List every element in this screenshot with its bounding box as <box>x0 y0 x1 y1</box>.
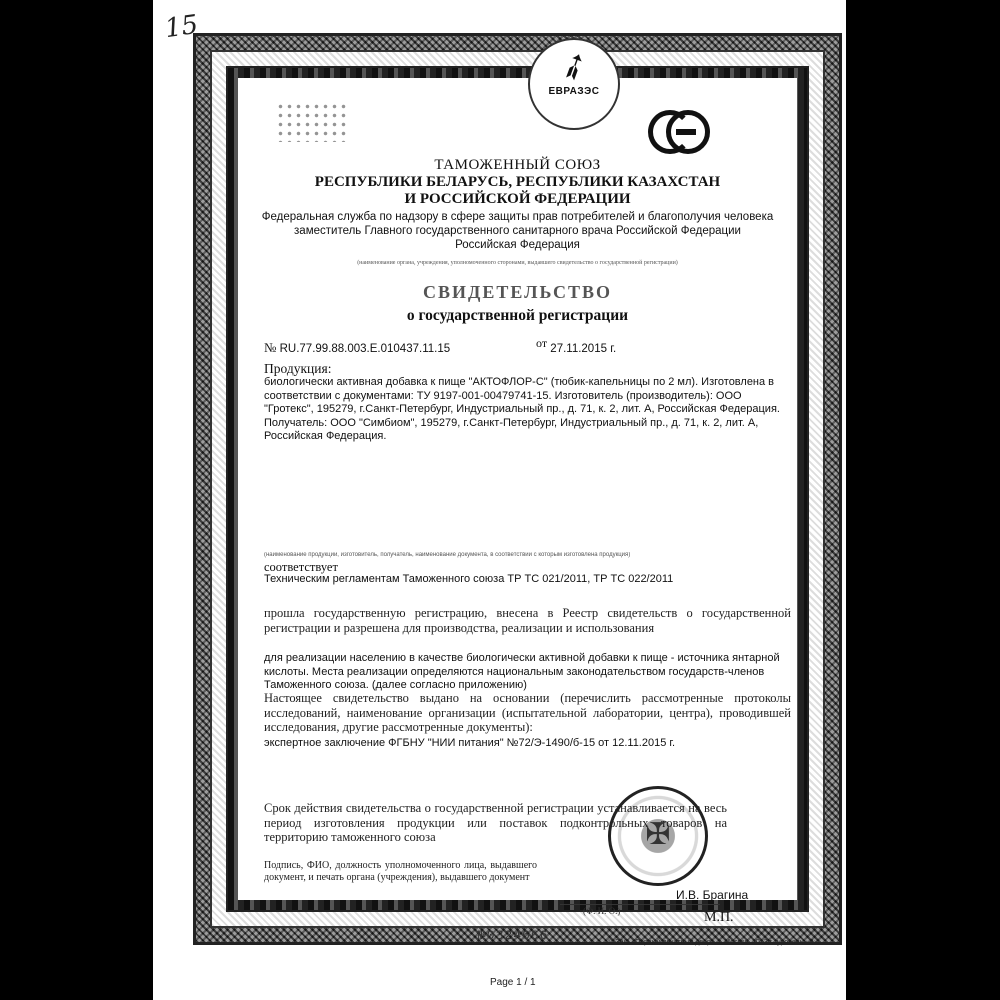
seal-mark: М.П. <box>704 910 734 926</box>
header-line-3: И РОССИЙСКОЙ ФЕДЕРАЦИИ <box>238 191 797 208</box>
signer-name: И.В. Брагина <box>676 888 748 902</box>
printer-note: © ЗАО «Первый печатный двор», г. Москва,… <box>608 939 820 946</box>
number-label: № <box>264 340 276 355</box>
compliance-text: Техническим регламентам Таможенного союз… <box>264 573 791 587</box>
page-indicator: Page 1 / 1 <box>490 977 536 988</box>
product-caption: (наименование продукции, изготовитель, п… <box>264 552 791 558</box>
official-seal-icon: ✠ <box>608 786 708 886</box>
header-line-2: РЕСПУБЛИКИ БЕЛАРУСЬ, РЕСПУБЛИКИ КАЗАХСТА… <box>238 174 797 191</box>
frame-middle-band: ➶ ЕВРАЗЭС ТАМОЖЕННЫЙ СОЮЗ РЕСПУБЛИКИ БЕЛ… <box>210 50 825 928</box>
agency-line-1: Федеральная служба по надзору в сфере за… <box>238 210 797 224</box>
document-page: 15 ➶ ЕВРАЗЭС ТАМОЖЕННЫЙ СОЮЗ РЕСПУБЛИКИ … <box>153 0 846 1000</box>
ornamental-frame: ➶ ЕВРАЗЭС ТАМОЖЕННЫЙ СОЮЗ РЕСПУБЛИКИ БЕЛ… <box>193 33 842 945</box>
eac-mark-icon <box>648 110 708 150</box>
decorative-pattern <box>276 102 346 142</box>
coat-of-arms-icon: ✠ <box>611 817 705 852</box>
frame-inner-band: ➶ ЕВРАЗЭС ТАМОЖЕННЫЙ СОЮЗ РЕСПУБЛИКИ БЕЛ… <box>226 66 809 912</box>
certificate-subtitle: о государственной регистрации <box>238 307 797 325</box>
agency-line-3: Российская Федерация <box>238 238 797 252</box>
registration-number: № RU.77.99.88.003.Е.010437.11.15 <box>264 340 450 356</box>
product-label: Продукция: <box>264 361 331 377</box>
date-value: 27.11.2015 г. <box>550 343 616 355</box>
registration-text: прошла государственную регистрацию, внес… <box>264 606 791 635</box>
basis-value: экспертное заключение ФГБНУ "НИИ питания… <box>264 737 791 751</box>
evrazes-logo: ➶ ЕВРАЗЭС <box>528 38 620 130</box>
date-label: от <box>536 336 547 350</box>
signature-line <box>560 904 720 905</box>
agency-line-2: заместитель Главного государственного са… <box>238 224 797 238</box>
header-line-1: ТАМОЖЕННЫЙ СОЮЗ <box>238 157 797 174</box>
product-text: биологически активная добавка к пище "АК… <box>264 376 791 444</box>
signer-name-caption: (Ф. И. О.) <box>583 906 620 916</box>
registration-usage: для реализации населению в качестве биол… <box>264 652 791 693</box>
basis-text: Настоящее свидетельство выдано на основа… <box>264 691 791 735</box>
number-value: RU.77.99.88.003.Е.010437.11.15 <box>280 343 451 355</box>
signature-caption: Подпись, ФИО, должность уполномоченного … <box>264 860 537 884</box>
agency-caption: (наименование органа, учреждения, уполно… <box>238 260 797 266</box>
certificate-title: СВИДЕТЕЛЬСТВО <box>238 282 797 303</box>
certificate-body: ➶ ЕВРАЗЭС ТАМОЖЕННЫЙ СОЮЗ РЕСПУБЛИКИ БЕЛ… <box>238 78 797 900</box>
registration-date: от 27.11.2015 г. <box>536 336 616 355</box>
form-number: №0324666 <box>478 928 548 943</box>
